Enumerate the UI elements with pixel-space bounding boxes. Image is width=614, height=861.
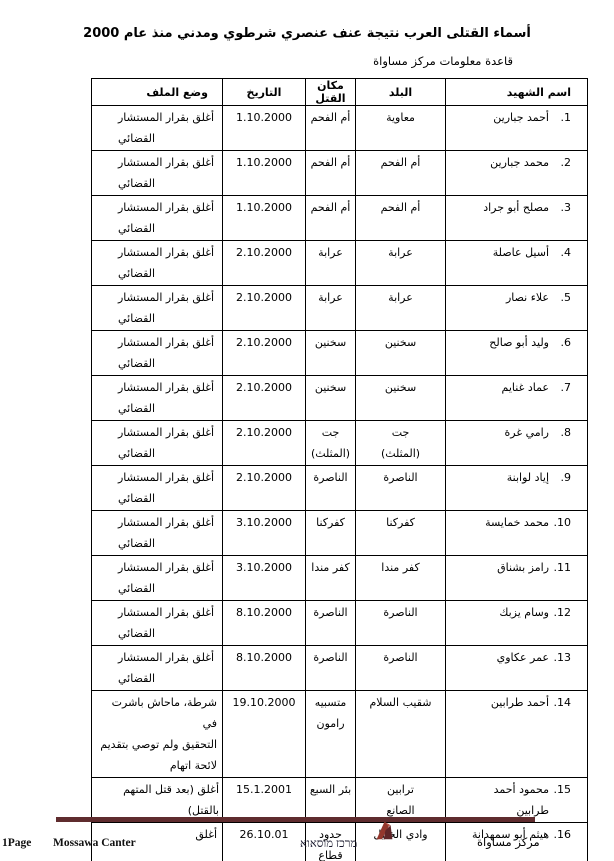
victim-name-cell: 2. محمد جبارين [446, 151, 588, 196]
country-cell: الناصرة [356, 646, 446, 691]
place-of-killing-cell: كفركنا [306, 511, 356, 556]
victim-name-cell: 13. عمر عكاوي [446, 646, 588, 691]
row-number: 5. [549, 287, 571, 308]
place-of-killing-cell: سخنين [306, 331, 356, 376]
file-status-cell: أغلق بقرار المستشار القضائي [92, 601, 223, 646]
country-cell: عرابة [356, 241, 446, 286]
victim-name-cell: 10. محمد خمايسة [446, 511, 588, 556]
row-number: 3. [549, 197, 571, 218]
table-row: 3. مصلح أبو جراد أم الفحم أم الفحم 1.10.… [92, 196, 588, 241]
org-name-hebrew: מרכז מוסאוא [300, 837, 357, 851]
date-cell: 1.10.2000 [223, 196, 306, 241]
country-cell: شقيب السلام [356, 691, 446, 778]
victim-name: رامي غرة [504, 422, 549, 443]
column-header-status: وضع الملف [92, 79, 223, 106]
table-row: 13. عمر عكاوي الناصرة الناصرة 8.10.2000 … [92, 646, 588, 691]
file-status-cell: أغلق بقرار المستشار القضائي [92, 646, 223, 691]
victim-name-cell: 8. رامي غرة [446, 421, 588, 466]
date-cell: 3.10.2000 [223, 511, 306, 556]
casualties-table: اسم الشهيد البلد مكان القتل التاريخ وضع … [91, 78, 588, 861]
table-row: 12. وسام يزبك الناصرة الناصرة 8.10.2000 … [92, 601, 588, 646]
date-cell: 8.10.2000 [223, 646, 306, 691]
row-number: 14. [549, 692, 571, 713]
place-of-killing-cell: الناصرة [306, 646, 356, 691]
victim-name: محمد خمايسة [485, 512, 549, 533]
file-status-cell: أغلق بقرار المستشار القضائي [92, 421, 223, 466]
place-of-killing-cell: الناصرة [306, 601, 356, 646]
table-row: 1. أحمد جبارين معاوية أم الفحم 1.10.2000… [92, 106, 588, 151]
country-cell: الناصرة [356, 601, 446, 646]
table-row: 5. علاء نصار عرابة عرابة 2.10.2000 أغلق … [92, 286, 588, 331]
table-row: 2. محمد جبارين أم الفحم أم الفحم 1.10.20… [92, 151, 588, 196]
place-of-killing-cell: أم الفحم [306, 196, 356, 241]
place-of-killing-cell: كفر مندا [306, 556, 356, 601]
victim-name-cell: 1. أحمد جبارين [446, 106, 588, 151]
table-row: 8. رامي غرة جت (المثلث) جت (المثلث) 2.10… [92, 421, 588, 466]
table-row: 7. عماد غنايم سخنين سخنين 2.10.2000 أغلق… [92, 376, 588, 421]
victim-name-cell: 12. وسام يزبك [446, 601, 588, 646]
document-page: أسماء القتلى العرب نتيجة عنف عنصري شرطوي… [0, 0, 614, 861]
date-cell: 1.10.2000 [223, 151, 306, 196]
country-cell: سخنين [356, 331, 446, 376]
date-cell: 2.10.2000 [223, 286, 306, 331]
table-row: 11. رامز بشناق كفر مندا كفر مندا 3.10.20… [92, 556, 588, 601]
file-status-cell: شرطة، ماحاش باشرت في التحقيق ولم توصي بت… [92, 691, 223, 778]
file-status-cell: أغلق بقرار المستشار القضائي [92, 106, 223, 151]
victim-name: مصلح أبو جراد [483, 197, 549, 218]
file-status-cell: أغلق بقرار المستشار القضائي [92, 511, 223, 556]
victim-name: إياد لوابنة [507, 467, 549, 488]
place-of-killing-cell: الناصرة [306, 466, 356, 511]
table-row: 10. محمد خمايسة كفركنا كفركنا 3.10.2000 … [92, 511, 588, 556]
victim-name: عمر عكاوي [497, 647, 549, 668]
table-header-row: اسم الشهيد البلد مكان القتل التاريخ وضع … [92, 79, 588, 106]
page-number: 1Page [2, 836, 31, 850]
victim-name-cell: 3. مصلح أبو جراد [446, 196, 588, 241]
victim-name: وسام يزبك [499, 602, 549, 623]
victim-name-cell: 6. وليد أبو صالح [446, 331, 588, 376]
row-number: 9. [549, 467, 571, 488]
row-number: 4. [549, 242, 571, 263]
date-cell: 2.10.2000 [223, 331, 306, 376]
date-cell: 2.10.2000 [223, 421, 306, 466]
victim-name-cell: 14. أحمد طرابين [446, 691, 588, 778]
column-header-place: مكان القتل [306, 79, 356, 106]
place-of-killing-cell: متسبيه رامون [306, 691, 356, 778]
country-cell: أم الفحم [356, 196, 446, 241]
country-cell: عرابة [356, 286, 446, 331]
date-cell: 2.10.2000 [223, 466, 306, 511]
page-subtitle: قاعدة معلومات مركز مساواة [373, 54, 513, 68]
row-number: 10. [549, 512, 571, 533]
file-status-cell: أغلق بقرار المستشار القضائي [92, 196, 223, 241]
file-status-cell: أغلق بقرار المستشار القضائي [92, 376, 223, 421]
row-number: 8. [549, 422, 571, 443]
victim-name-cell: 9. إياد لوابنة [446, 466, 588, 511]
victim-name-cell: 5. علاء نصار [446, 286, 588, 331]
table-row: 6. وليد أبو صالح سخنين سخنين 2.10.2000 أ… [92, 331, 588, 376]
victim-name: علاء نصار [506, 287, 549, 308]
place-of-killing-cell: أم الفحم [306, 151, 356, 196]
country-cell: أم الفحم [356, 151, 446, 196]
place-of-killing-cell: عرابة [306, 286, 356, 331]
file-status-cell: أغلق بقرار المستشار القضائي [92, 286, 223, 331]
column-header-date: التاريخ [223, 79, 306, 106]
victim-name: أحمد طرابين [491, 692, 549, 713]
file-status-cell: أغلق بقرار المستشار القضائي [92, 331, 223, 376]
date-cell: 2.10.2000 [223, 376, 306, 421]
mossawa-logo-icon [374, 820, 395, 845]
date-cell: 1.10.2000 [223, 106, 306, 151]
org-name-english: Mossawa Canter [53, 836, 136, 850]
country-cell: كفركنا [356, 511, 446, 556]
country-cell: سخنين [356, 376, 446, 421]
footer-divider [56, 817, 535, 822]
column-header-name: اسم الشهيد [446, 79, 588, 106]
row-number: 6. [549, 332, 571, 353]
victim-name: عماد غنايم [502, 377, 549, 398]
victim-name: رامز بشناق [497, 557, 549, 578]
row-number: 1. [549, 107, 571, 128]
victim-name: أسيل عاصلة [493, 242, 549, 263]
org-name-arabic: مركز مساواة [477, 835, 540, 850]
victim-name: محمد جبارين [490, 152, 549, 173]
row-number: 11. [549, 557, 571, 578]
victim-name: وليد أبو صالح [489, 332, 549, 353]
victim-name: أحمد جبارين [493, 107, 549, 128]
row-number: 12. [549, 602, 571, 623]
place-of-killing-cell: سخنين [306, 376, 356, 421]
page-title: أسماء القتلى العرب نتيجة عنف عنصري شرطوي… [0, 26, 614, 42]
date-cell: 2.10.2000 [223, 241, 306, 286]
country-cell: كفر مندا [356, 556, 446, 601]
page-footer: 1Page Mossawa Canter מרכז מוסאוא مركز مس… [0, 810, 614, 861]
table-row: 9. إياد لوابنة الناصرة الناصرة 2.10.2000… [92, 466, 588, 511]
table-row: 4. أسيل عاصلة عرابة عرابة 2.10.2000 أغلق… [92, 241, 588, 286]
row-number: 2. [549, 152, 571, 173]
file-status-cell: أغلق بقرار المستشار القضائي [92, 556, 223, 601]
victim-name-cell: 4. أسيل عاصلة [446, 241, 588, 286]
date-cell: 8.10.2000 [223, 601, 306, 646]
country-cell: الناصرة [356, 466, 446, 511]
date-cell: 3.10.2000 [223, 556, 306, 601]
victim-name-cell: 11. رامز بشناق [446, 556, 588, 601]
date-cell: 19.10.2000 [223, 691, 306, 778]
table-body: 1. أحمد جبارين معاوية أم الفحم 1.10.2000… [92, 106, 588, 861]
file-status-cell: أغلق بقرار المستشار القضائي [92, 151, 223, 196]
row-number: 13. [549, 647, 571, 668]
place-of-killing-cell: أم الفحم [306, 106, 356, 151]
victim-name-cell: 7. عماد غنايم [446, 376, 588, 421]
place-of-killing-cell: عرابة [306, 241, 356, 286]
column-header-country: البلد [356, 79, 446, 106]
country-cell: جت (المثلث) [356, 421, 446, 466]
place-of-killing-cell: جت (المثلث) [306, 421, 356, 466]
file-status-cell: أغلق بقرار المستشار القضائي [92, 466, 223, 511]
row-number: 7. [549, 377, 571, 398]
table-row: 14. أحمد طرابين شقيب السلام متسبيه رامون… [92, 691, 588, 778]
file-status-cell: أغلق بقرار المستشار القضائي [92, 241, 223, 286]
country-cell: معاوية [356, 106, 446, 151]
